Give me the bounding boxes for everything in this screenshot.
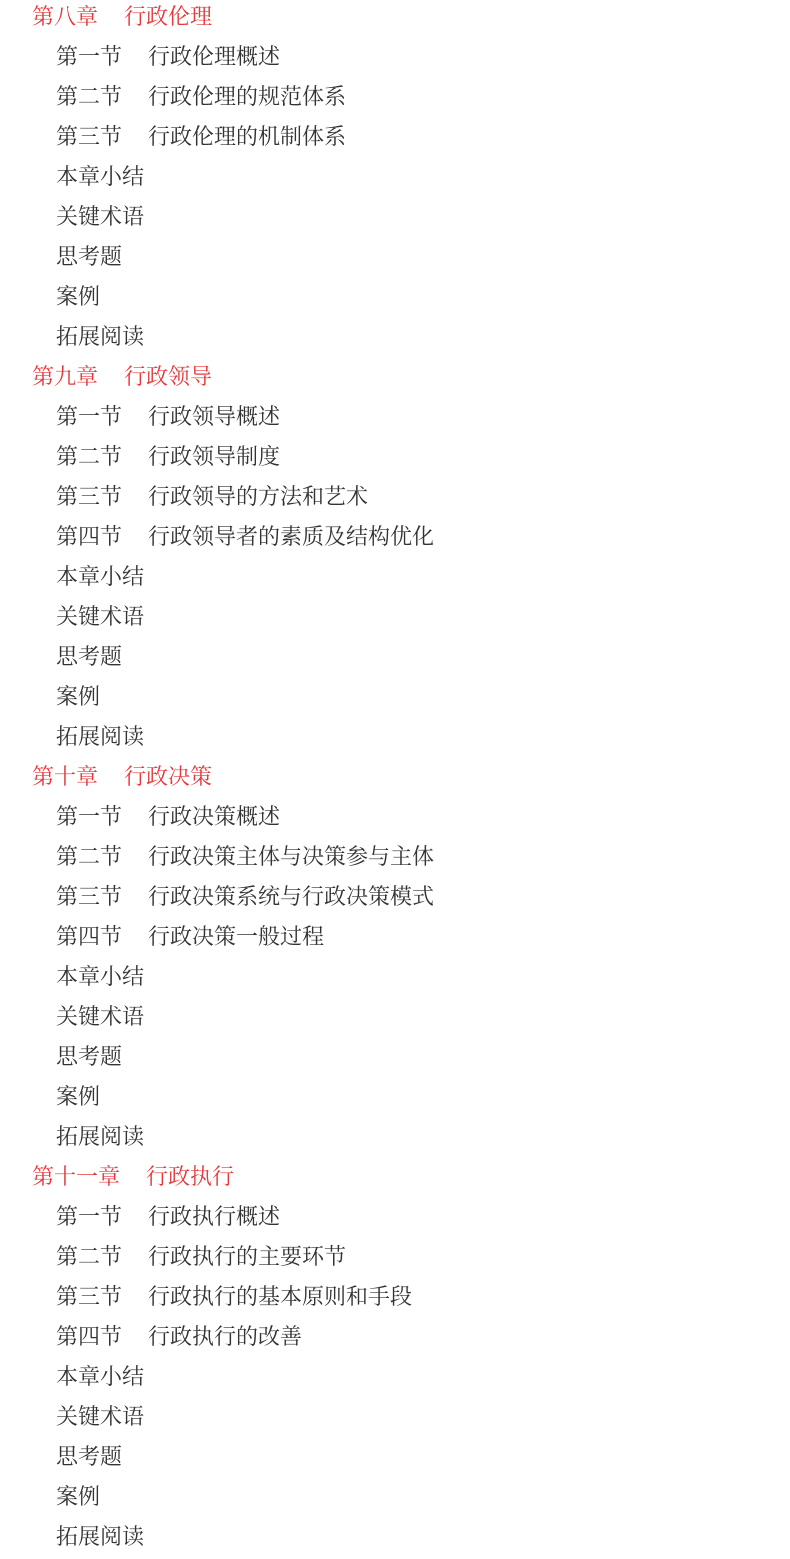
section-number: 第一节 <box>56 45 122 70</box>
section-title: 思考题 <box>56 1445 122 1470</box>
section-title: 行政领导者的素质及结构优化 <box>148 525 434 550</box>
section-number: 第三节 <box>56 485 122 510</box>
section-title: 案例 <box>56 285 100 310</box>
section-title: 行政伦理的机制体系 <box>148 125 346 150</box>
section-title: 行政决策系统与行政决策模式 <box>148 885 434 910</box>
toc-item-link[interactable]: 案例 <box>0 678 790 718</box>
chapter-title: 行政伦理 <box>124 5 212 30</box>
section-title: 本章小结 <box>56 1365 144 1390</box>
section-title: 思考题 <box>56 645 122 670</box>
toc-item-link[interactable]: 本章小结 <box>0 158 790 198</box>
section-title: 本章小结 <box>56 965 144 990</box>
section-title: 案例 <box>56 685 100 710</box>
section-title: 关键术语 <box>56 605 144 630</box>
section-title: 本章小结 <box>56 565 144 590</box>
toc-item-link[interactable]: 本章小结 <box>0 958 790 998</box>
section-title: 案例 <box>56 1485 100 1510</box>
chapter-title: 行政决策 <box>124 765 212 790</box>
toc-item-link[interactable]: 思考题 <box>0 1438 790 1478</box>
section-title: 拓展阅读 <box>56 725 144 750</box>
section-title: 行政执行的改善 <box>148 1325 302 1350</box>
chapter-heading-link[interactable]: 第九章行政领导 <box>0 358 790 398</box>
section-number: 第二节 <box>56 1245 122 1270</box>
section-title: 行政执行的基本原则和手段 <box>148 1285 412 1310</box>
toc-item-link[interactable]: 思考题 <box>0 1038 790 1078</box>
section-number: 第三节 <box>56 125 122 150</box>
toc-item-link[interactable]: 思考题 <box>0 238 790 278</box>
chapter-number: 第十一章 <box>32 1165 120 1190</box>
section-title: 行政决策主体与决策参与主体 <box>148 845 434 870</box>
chapter-heading-link[interactable]: 第八章行政伦理 <box>0 0 790 38</box>
toc-item-link[interactable]: 关键术语 <box>0 998 790 1038</box>
section-title: 思考题 <box>56 245 122 270</box>
section-title: 拓展阅读 <box>56 1525 144 1550</box>
section-title: 行政领导的方法和艺术 <box>148 485 368 510</box>
chapter-section: 第十一章行政执行第一节行政执行概述第二节行政执行的主要环节第三节行政执行的基本原… <box>0 1158 790 1558</box>
toc-item-link[interactable]: 案例 <box>0 1078 790 1118</box>
toc-item-link[interactable]: 拓展阅读 <box>0 318 790 358</box>
section-number: 第二节 <box>56 85 122 110</box>
toc-item-link[interactable]: 第四节行政领导者的素质及结构优化 <box>0 518 790 558</box>
toc-item-link[interactable]: 第一节行政决策概述 <box>0 798 790 838</box>
table-of-contents: 第八章行政伦理第一节行政伦理概述第二节行政伦理的规范体系第三节行政伦理的机制体系… <box>0 0 790 1558</box>
chapter-section: 第八章行政伦理第一节行政伦理概述第二节行政伦理的规范体系第三节行政伦理的机制体系… <box>0 0 790 358</box>
section-title: 行政决策一般过程 <box>148 925 324 950</box>
toc-item-link[interactable]: 第二节行政领导制度 <box>0 438 790 478</box>
chapter-heading-link[interactable]: 第十一章行政执行 <box>0 1158 790 1198</box>
toc-item-link[interactable]: 第二节行政伦理的规范体系 <box>0 78 790 118</box>
chapter-heading-link[interactable]: 第十章行政决策 <box>0 758 790 798</box>
toc-item-link[interactable]: 本章小结 <box>0 558 790 598</box>
toc-item-link[interactable]: 案例 <box>0 278 790 318</box>
toc-item-link[interactable]: 第二节行政决策主体与决策参与主体 <box>0 838 790 878</box>
toc-item-link[interactable]: 思考题 <box>0 638 790 678</box>
toc-item-link[interactable]: 第三节行政领导的方法和艺术 <box>0 478 790 518</box>
section-title: 行政执行概述 <box>148 1205 280 1230</box>
section-number: 第四节 <box>56 925 122 950</box>
section-title: 行政伦理概述 <box>148 45 280 70</box>
toc-item-link[interactable]: 第四节行政决策一般过程 <box>0 918 790 958</box>
chapter-title: 行政领导 <box>124 365 212 390</box>
toc-item-link[interactable]: 拓展阅读 <box>0 718 790 758</box>
toc-item-link[interactable]: 第一节行政领导概述 <box>0 398 790 438</box>
toc-item-link[interactable]: 关键术语 <box>0 198 790 238</box>
section-title: 关键术语 <box>56 205 144 230</box>
chapter-title: 行政执行 <box>146 1165 234 1190</box>
chapter-number: 第十章 <box>32 765 98 790</box>
toc-item-link[interactable]: 第二节行政执行的主要环节 <box>0 1238 790 1278</box>
toc-item-link[interactable]: 第一节行政伦理概述 <box>0 38 790 78</box>
section-number: 第一节 <box>56 1205 122 1230</box>
section-title: 本章小结 <box>56 165 144 190</box>
section-title: 关键术语 <box>56 1005 144 1030</box>
section-title: 拓展阅读 <box>56 325 144 350</box>
toc-item-link[interactable]: 本章小结 <box>0 1358 790 1398</box>
section-title: 拓展阅读 <box>56 1125 144 1150</box>
section-title: 行政决策概述 <box>148 805 280 830</box>
section-title: 思考题 <box>56 1045 122 1070</box>
chapter-number: 第八章 <box>32 5 98 30</box>
section-title: 案例 <box>56 1085 100 1110</box>
chapter-number: 第九章 <box>32 365 98 390</box>
section-number: 第三节 <box>56 1285 122 1310</box>
toc-item-link[interactable]: 拓展阅读 <box>0 1518 790 1558</box>
toc-item-link[interactable]: 拓展阅读 <box>0 1118 790 1158</box>
section-title: 行政领导概述 <box>148 405 280 430</box>
toc-item-link[interactable]: 第三节行政执行的基本原则和手段 <box>0 1278 790 1318</box>
toc-item-link[interactable]: 案例 <box>0 1478 790 1518</box>
toc-item-link[interactable]: 关键术语 <box>0 598 790 638</box>
section-number: 第四节 <box>56 525 122 550</box>
toc-item-link[interactable]: 第三节行政伦理的机制体系 <box>0 118 790 158</box>
section-title: 关键术语 <box>56 1405 144 1430</box>
toc-item-link[interactable]: 第三节行政决策系统与行政决策模式 <box>0 878 790 918</box>
toc-item-link[interactable]: 第四节行政执行的改善 <box>0 1318 790 1358</box>
section-number: 第二节 <box>56 845 122 870</box>
section-number: 第四节 <box>56 1325 122 1350</box>
section-number: 第一节 <box>56 405 122 430</box>
section-title: 行政伦理的规范体系 <box>148 85 346 110</box>
toc-item-link[interactable]: 第一节行政执行概述 <box>0 1198 790 1238</box>
toc-item-link[interactable]: 关键术语 <box>0 1398 790 1438</box>
section-number: 第二节 <box>56 445 122 470</box>
section-title: 行政领导制度 <box>148 445 280 470</box>
section-number: 第一节 <box>56 805 122 830</box>
section-number: 第三节 <box>56 885 122 910</box>
section-title: 行政执行的主要环节 <box>148 1245 346 1270</box>
chapter-section: 第九章行政领导第一节行政领导概述第二节行政领导制度第三节行政领导的方法和艺术第四… <box>0 358 790 758</box>
chapter-section: 第十章行政决策第一节行政决策概述第二节行政决策主体与决策参与主体第三节行政决策系… <box>0 758 790 1158</box>
